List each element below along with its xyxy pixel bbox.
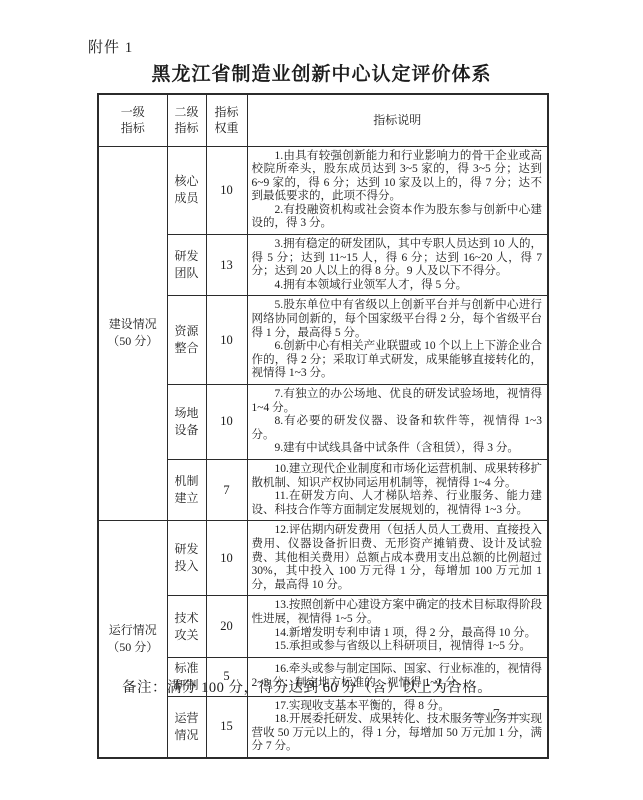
description-cell: 7.有独立的办公场地、优良的研发试验场地，视情得 1~4 分。8.有必要的研发仪… bbox=[247, 385, 548, 460]
weight-cell: 10 bbox=[206, 146, 247, 235]
description-item: 15.承担或参与省级以上科研项目，视情得 1~5 分。 bbox=[252, 640, 543, 654]
description-item: 3.拥有稳定的研发团队，其中专职人员达到 10 人的，得 5 分；达到 11~1… bbox=[252, 238, 543, 279]
description-item: 11.在研发方向、人才梯队培养、行业服务、能力建设、科技合作等方面制定发展规划的… bbox=[252, 490, 543, 517]
description-cell: 13.按照创新中心建设方案中确定的技术目标取得阶段性进展，视情得 1~5 分。1… bbox=[247, 596, 548, 657]
level1-indicator-cell: 建设情况 （50 分） bbox=[98, 146, 167, 521]
weight-cell: 10 bbox=[206, 296, 247, 385]
document-page: 附件 1 黑龙江省制造业创新中心认定评价体系 一级 指标二级 指标指标 权重指标… bbox=[0, 0, 643, 800]
table-row: 运行情况 （50 分）研发 投入1012.评估期内研发费用（包括人员人工费用、直… bbox=[98, 521, 548, 596]
description-item: 7.有独立的办公场地、优良的研发试验场地，视情得 1~4 分。 bbox=[252, 388, 543, 415]
description-item: 1.由具有较强创新能力和行业影响力的骨干企业或高校院所牵头，股东成员达到 3~5… bbox=[252, 150, 543, 204]
evaluation-table: 一级 指标二级 指标指标 权重指标说明 建设情况 （50 分）核心 成员101.… bbox=[97, 93, 549, 759]
level2-indicator-cell: 机制 建立 bbox=[167, 459, 206, 520]
level2-indicator-cell: 资源 整合 bbox=[167, 296, 206, 385]
level2-indicator-cell: 场地 设备 bbox=[167, 385, 206, 460]
description-item: 4.拥有本领域行业领军人才，得 5 分。 bbox=[252, 279, 543, 293]
page-number: — 7 — bbox=[472, 706, 523, 722]
level2-indicator-cell: 核心 成员 bbox=[167, 146, 206, 235]
description-cell: 3.拥有稳定的研发团队，其中专职人员达到 10 人的，得 5 分；达到 11~1… bbox=[247, 235, 548, 296]
evaluation-table-wrap: 一级 指标二级 指标指标 权重指标说明 建设情况 （50 分）核心 成员101.… bbox=[97, 93, 549, 759]
description-item: 13.按照创新中心建设方案中确定的技术目标取得阶段性进展，视情得 1~5 分。 bbox=[252, 599, 543, 626]
description-item: 9.建有中试线具备中试条件（含租赁），得 3 分。 bbox=[252, 442, 543, 456]
level2-indicator-cell: 技术 攻关 bbox=[167, 596, 206, 657]
level2-indicator-cell: 研发 投入 bbox=[167, 521, 206, 596]
description-item: 5.股东单位中有省级以上创新平台并与创新中心进行网络协同创新的，每个国家级平台得… bbox=[252, 299, 543, 340]
table-header-row: 一级 指标二级 指标指标 权重指标说明 bbox=[98, 94, 548, 146]
level2-indicator-cell: 研发 团队 bbox=[167, 235, 206, 296]
description-cell: 1.由具有较强创新能力和行业影响力的骨干企业或高校院所牵头，股东成员达到 3~5… bbox=[247, 146, 548, 235]
column-header-indicator-description: 指标说明 bbox=[247, 94, 548, 146]
description-item: 8.有必要的研发仪器、设备和软件等，视情得 1~3 分。 bbox=[252, 415, 543, 442]
table-row: 建设情况 （50 分）核心 成员101.由具有较强创新能力和行业影响力的骨干企业… bbox=[98, 146, 548, 235]
weight-cell: 10 bbox=[206, 521, 247, 596]
attachment-label: 附件 1 bbox=[88, 36, 133, 57]
description-item: 14.新增发明专利申请 1 项，得 2 分，最高得 10 分。 bbox=[252, 627, 543, 641]
description-cell: 5.股东单位中有省级以上创新平台并与创新中心进行网络协同创新的，每个国家级平台得… bbox=[247, 296, 548, 385]
description-item: 2.有投融资机构或社会资本作为股东参与创新中心建设的，得 3 分。 bbox=[252, 204, 543, 231]
weight-cell: 10 bbox=[206, 385, 247, 460]
level2-indicator-cell: 运营 情况 bbox=[167, 696, 206, 758]
level1-indicator-cell: 运行情况 （50 分） bbox=[98, 521, 167, 758]
description-cell: 10.建立现代企业制度和市场化运营机制、成果转移扩散机制、知识产权协同运用机制等… bbox=[247, 459, 548, 520]
note-text: 备注：满分 100 分，得分达到 60 分（含）以上为合格。 bbox=[122, 676, 492, 697]
description-item: 10.建立现代企业制度和市场化运营机制、成果转移扩散机制、知识产权协同运用机制等… bbox=[252, 463, 543, 490]
description-item: 12.评估期内研发费用（包括人员人工费用、直接投入费用、仪器设备折旧费、无形资产… bbox=[252, 524, 543, 592]
page-title: 黑龙江省制造业创新中心认定评价体系 bbox=[0, 59, 643, 86]
weight-cell: 15 bbox=[206, 696, 247, 758]
weight-cell: 13 bbox=[206, 235, 247, 296]
description-item: 6.创新中心有相关产业联盟或 10 个以上上下游企业合作的，得 2 分；采取订单… bbox=[252, 340, 543, 381]
weight-cell: 20 bbox=[206, 596, 247, 657]
weight-cell: 7 bbox=[206, 459, 247, 520]
column-header-level2-indicator: 二级 指标 bbox=[167, 94, 206, 146]
description-cell: 12.评估期内研发费用（包括人员人工费用、直接投入费用、仪器设备折旧费、无形资产… bbox=[247, 521, 548, 596]
column-header-level1-indicator: 一级 指标 bbox=[98, 94, 167, 146]
column-header-indicator-weight: 指标 权重 bbox=[206, 94, 247, 146]
